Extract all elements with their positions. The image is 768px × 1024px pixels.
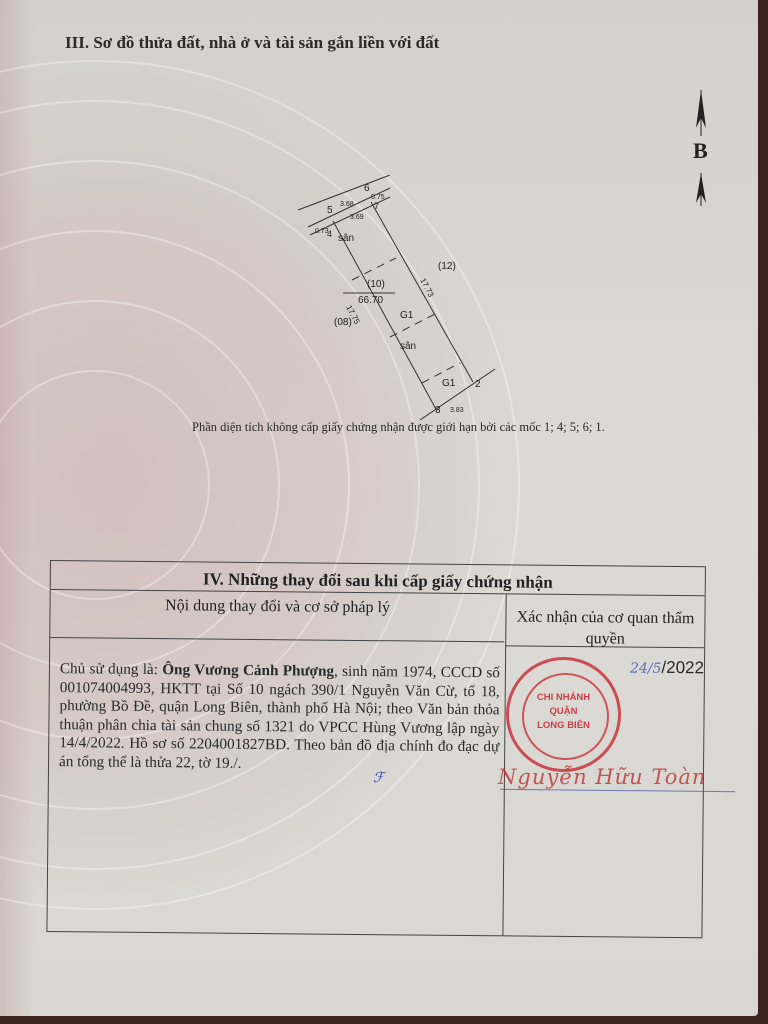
dim-top-inner: 3.69 [350, 214, 364, 221]
confirmation-date: 24/5/2022 [630, 658, 704, 679]
change-entry-text: Chủ sử dụng là: Ông Vương Cảnh Phượng, s… [59, 660, 500, 776]
north-arrow: B [686, 88, 716, 208]
column-header-confirmation: Xác nhận của cơ quan thẩm quyền [505, 594, 704, 648]
handwritten-day-month: 24/5 [630, 661, 662, 677]
point-6: 6 [364, 183, 370, 194]
stamp-line-1: CHI NHÁNH [509, 692, 618, 704]
parcel-sketch: 5 6 4 7 2 3 3.68 3.69 0.73 0.75 3.83 sân… [290, 175, 520, 420]
signer-name: Nguyễn Hữu Toàn [498, 765, 706, 789]
dim-top-outer: 3.68 [340, 201, 354, 208]
dim-left-strip: 0.73 [315, 228, 329, 235]
owner-name: Ông Vương Cảnh Phượng [162, 661, 334, 680]
parcel-area: 66.70 [358, 295, 383, 306]
dim-right-strip: 0.75 [371, 194, 385, 201]
entry-prefix: Chủ sử dụng là: [60, 660, 162, 678]
official-red-stamp: CHI NHÁNH QUẬN LONG BIÊN [506, 657, 621, 772]
section-3-title: III. Sơ đồ thửa đất, nhà ở và tài sản gắ… [65, 33, 439, 53]
boundary-note: Phần diện tích không cấp giấy chứng nhận… [192, 420, 605, 435]
column-divider [502, 645, 506, 935]
stamp-line-3: LONG BIÊN [509, 720, 618, 732]
parcel-number: (10) [367, 279, 385, 290]
dim-right-side: 17.73 [418, 277, 436, 299]
page-binding-edge [0, 0, 34, 1016]
initial-signature-mark: ℱ [373, 770, 384, 786]
point-3: 3 [435, 405, 441, 416]
zone-g1-bottom: G1 [442, 378, 456, 389]
point-7: 7 [374, 201, 379, 211]
column-header-content: Nội dung thay đổi và cơ sở pháp lý [50, 590, 504, 642]
dim-bottom: 3.83 [450, 407, 464, 414]
north-label: B [693, 138, 708, 164]
parcel-diagram: 5 6 4 7 2 3 3.68 3.69 0.73 0.75 3.83 sân… [290, 175, 520, 420]
point-5: 5 [327, 205, 333, 216]
confirmation-year: /2022 [661, 658, 704, 677]
neighbor-08: (08) [334, 317, 352, 328]
neighbor-12: (12) [438, 261, 456, 272]
zone-g1-top: G1 [400, 310, 414, 321]
zone-yard-bottom: sân [400, 341, 416, 352]
stamp-line-2: QUẬN [509, 706, 618, 718]
zone-yard-top: sân [338, 233, 354, 244]
certificate-page: III. Sơ đồ thửa đất, nhà ở và tài sản gắ… [0, 0, 758, 1016]
point-2: 2 [475, 379, 481, 390]
